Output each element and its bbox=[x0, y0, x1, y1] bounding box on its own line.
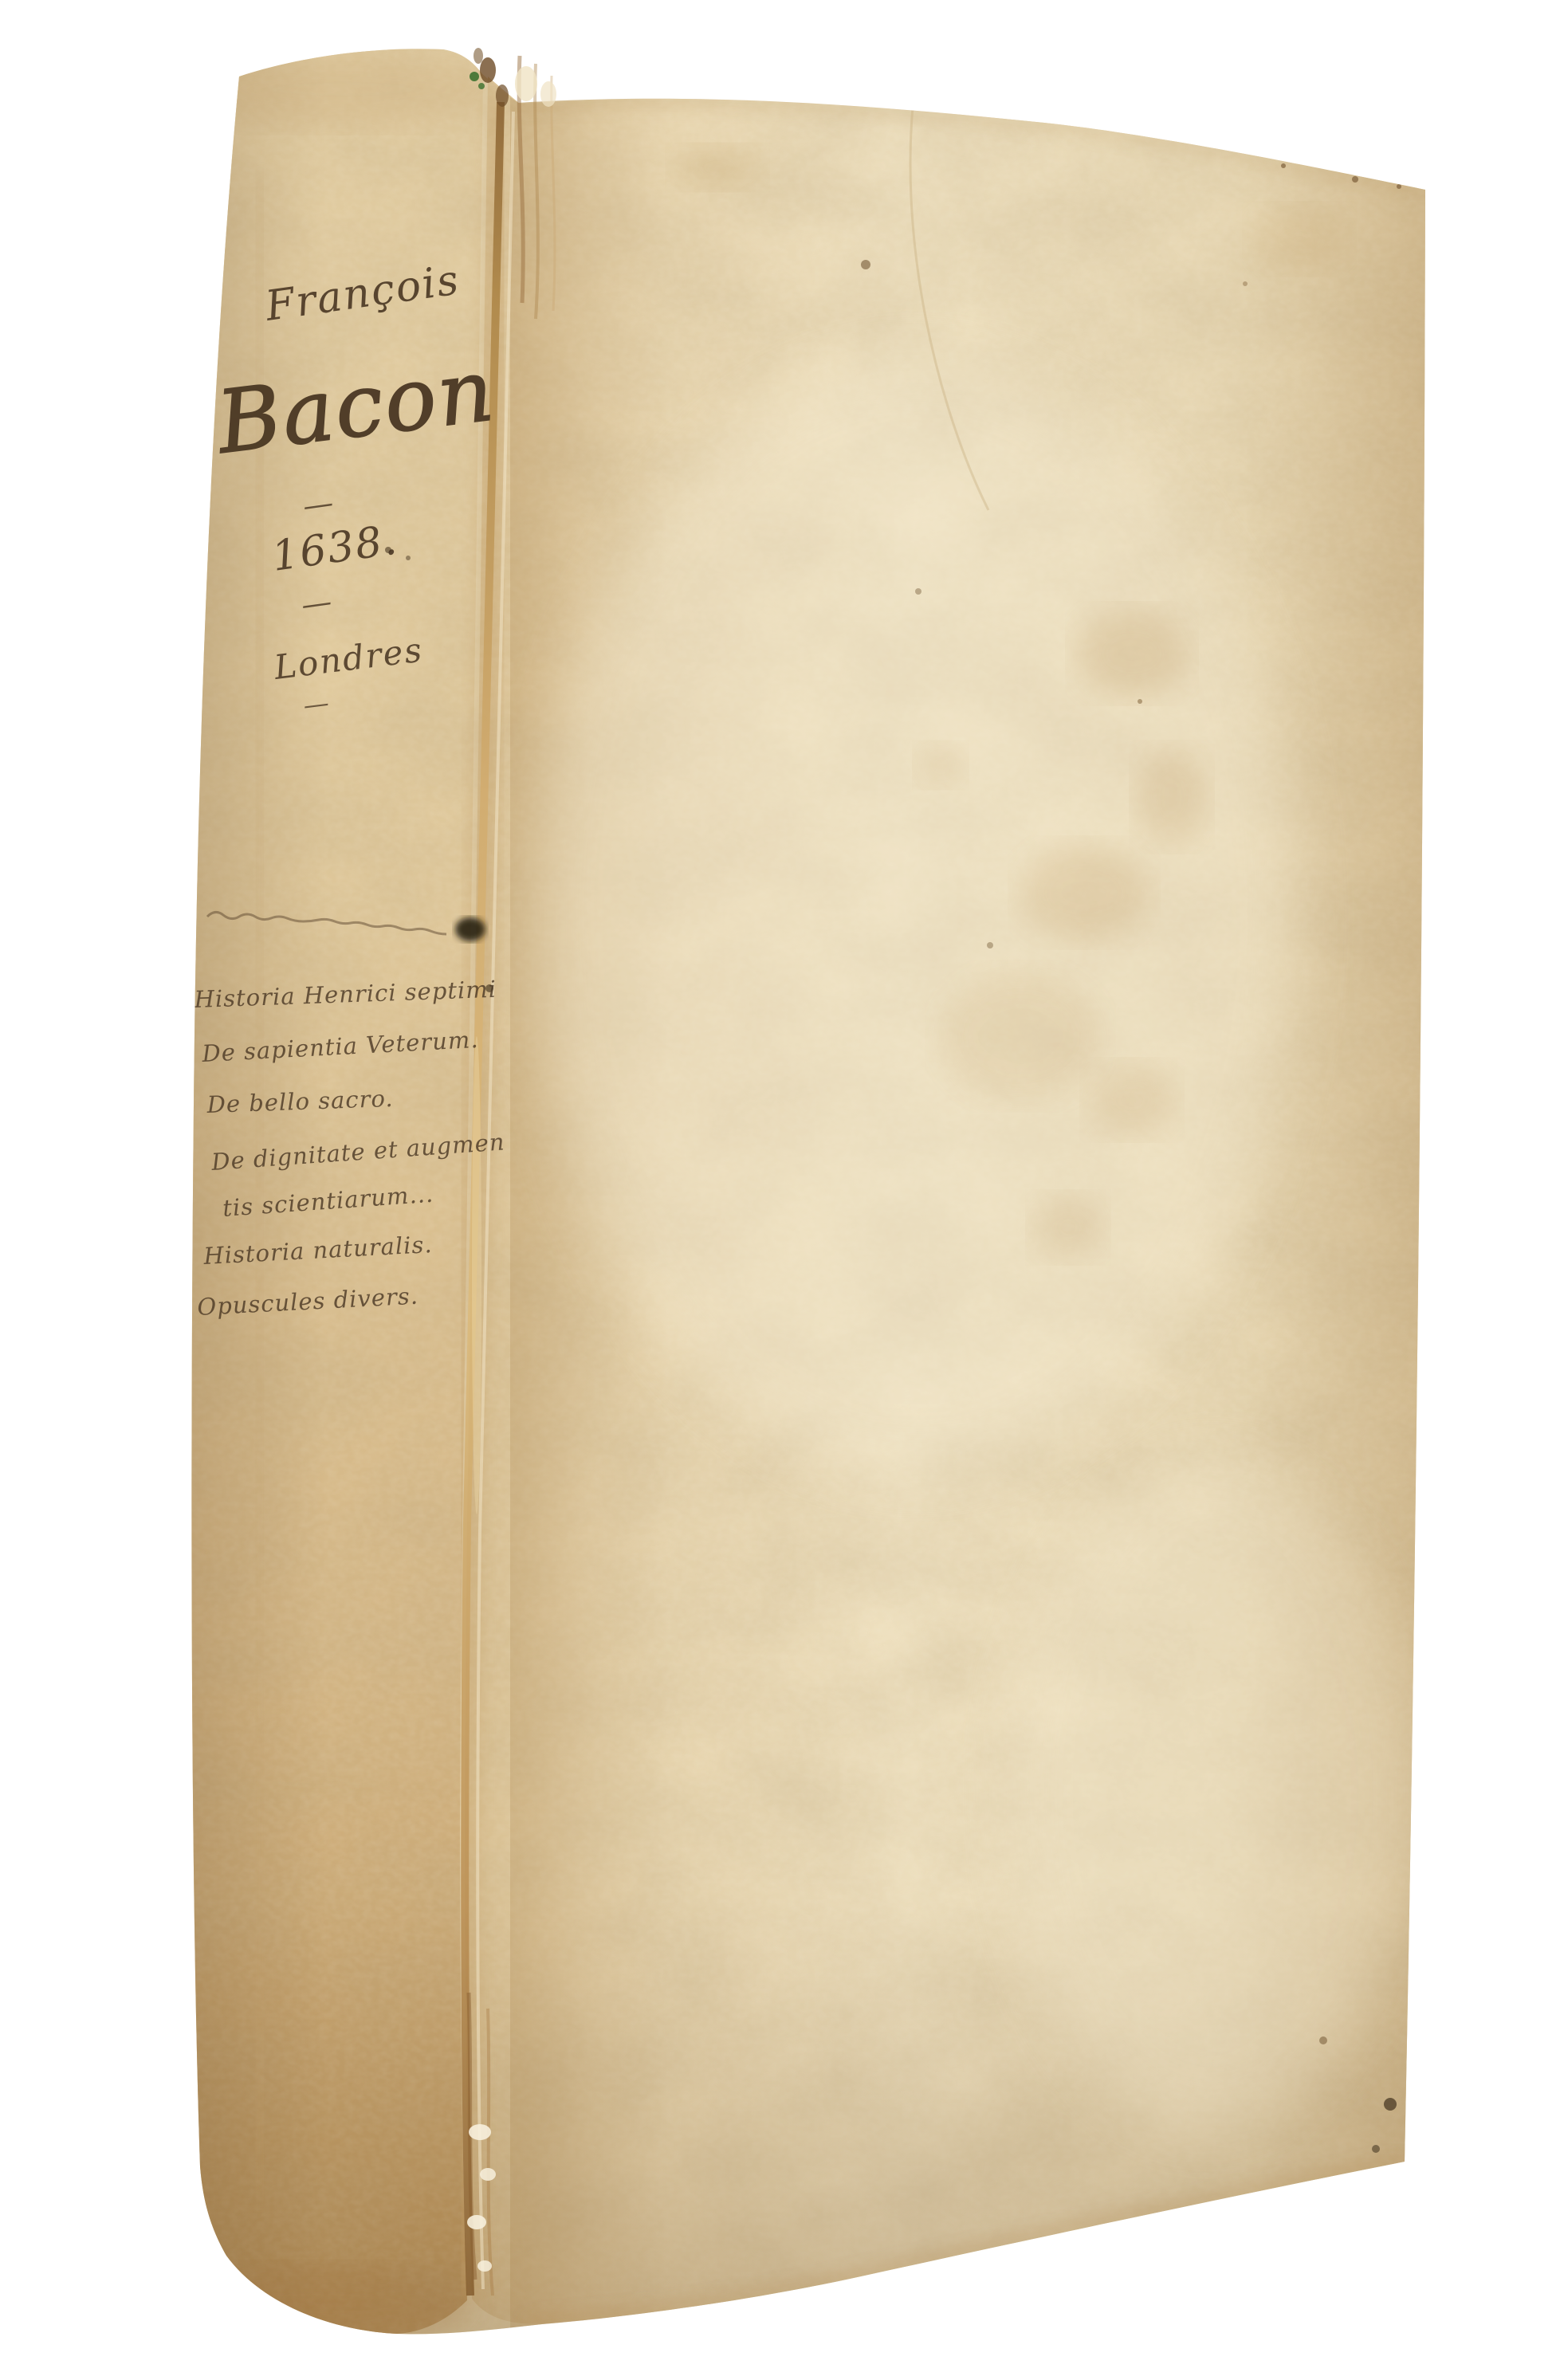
book-photo-canvas: François Bacon — 1638. — Londres — Histo… bbox=[0, 0, 1560, 2380]
ink-dot bbox=[406, 556, 411, 560]
corner-dark-mark bbox=[1384, 2098, 1397, 2111]
endband-green-speck-small bbox=[478, 83, 485, 89]
book: François Bacon — 1638. — Londres — Histo… bbox=[167, 48, 1435, 2343]
speck bbox=[861, 260, 870, 269]
spine-separator-dash: — bbox=[301, 485, 337, 524]
speck bbox=[1138, 699, 1142, 704]
spine-separator-dash: — bbox=[301, 687, 332, 721]
endband-dark-1 bbox=[480, 57, 496, 83]
stain bbox=[1020, 845, 1148, 941]
stain bbox=[917, 744, 965, 786]
endband-dark-2 bbox=[496, 84, 509, 107]
ink-blot bbox=[455, 917, 485, 941]
cover-highlight bbox=[534, 359, 1299, 1475]
top-edge-chip bbox=[1397, 184, 1401, 189]
spine-separator-dash: — bbox=[299, 583, 336, 622]
stain bbox=[1032, 1196, 1104, 1259]
stain bbox=[1252, 207, 1347, 271]
photo: François Bacon — 1638. — Londres — Histo… bbox=[0, 0, 1560, 2380]
turnin-lump-2 bbox=[540, 81, 556, 107]
stain bbox=[941, 972, 1100, 1100]
stain bbox=[1136, 749, 1208, 845]
endband-dark-3 bbox=[474, 48, 483, 64]
joint-mid-highlight bbox=[472, 1036, 481, 1514]
turnin-lump-1 bbox=[515, 66, 537, 101]
speck bbox=[1243, 281, 1248, 286]
stain bbox=[1088, 1064, 1176, 1136]
endband-green-speck bbox=[470, 72, 479, 81]
glue-spot-2 bbox=[480, 2168, 496, 2181]
glue-spot-3 bbox=[467, 2215, 486, 2229]
stain bbox=[1076, 610, 1188, 697]
speck bbox=[915, 588, 921, 595]
top-edge-chip bbox=[1281, 163, 1286, 168]
stain bbox=[674, 147, 761, 188]
speck bbox=[1319, 2036, 1327, 2044]
cover-highlight-lower bbox=[1004, 1459, 1419, 2128]
glue-spot-1 bbox=[469, 2124, 491, 2140]
glue-spot-4 bbox=[477, 2260, 492, 2272]
top-edge-chip bbox=[1352, 176, 1358, 183]
corner-dark-mark-2 bbox=[1372, 2145, 1380, 2153]
speck bbox=[987, 942, 993, 948]
